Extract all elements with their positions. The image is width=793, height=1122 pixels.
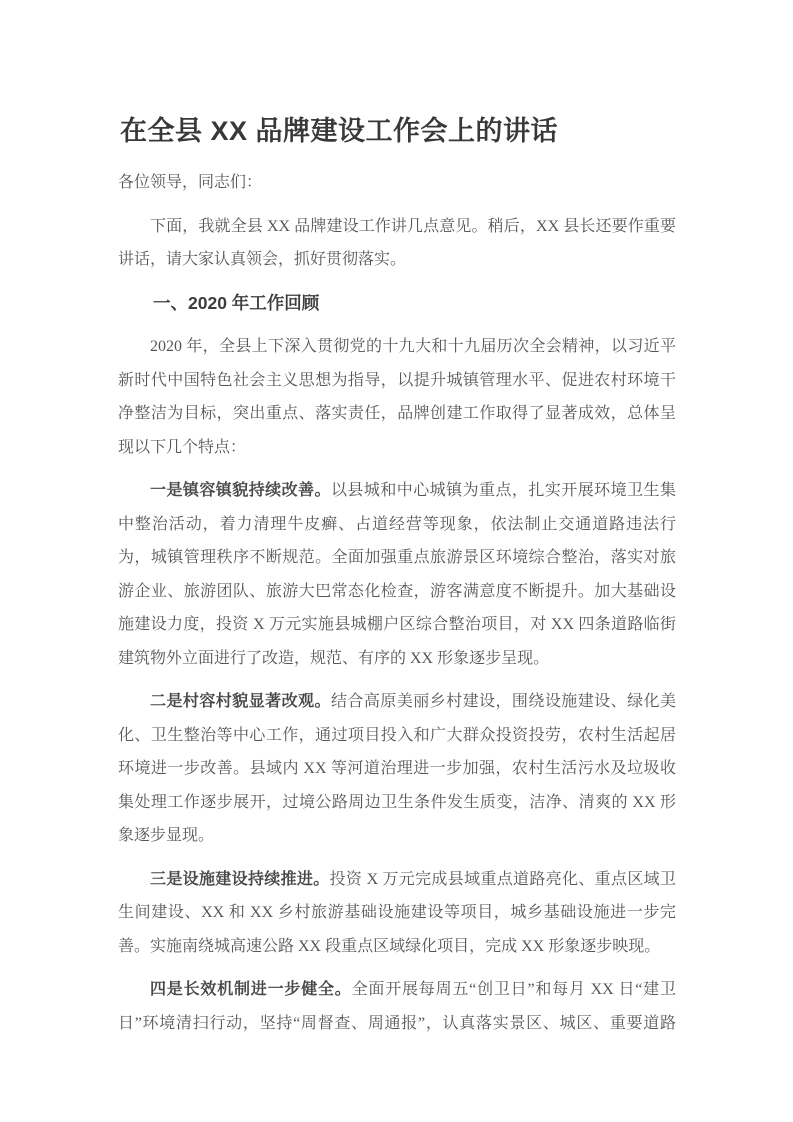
section-overview: 2020 年，全县上下深入贯彻党的十九大和十九届历次全会精神，以习近平新时代中国…: [118, 330, 676, 464]
document-title: 在全县 XX 品牌建设工作会上的讲话: [120, 110, 676, 152]
point-paragraph-3: 三是设施建设持续推进。投资 X 万元完成县域重点道路亮化、重点区域卫生间建设、X…: [118, 863, 676, 964]
point-paragraph-1: 一是镇容镇貌持续改善。以县城和中心城镇为重点，扎实开展环境卫生集中整治活动，着力…: [118, 474, 676, 675]
section-heading: 一、2020 年工作回顾: [118, 287, 676, 321]
point-1-text: 以县城和中心城镇为重点，扎实开展环境卫生集中整治活动，着力清理牛皮癣、占道经营等…: [118, 482, 676, 667]
point-paragraph-4: 四是长效机制进一步健全。全面开展每周五“创卫日”和每月 XX 日“建卫日”环境清…: [118, 973, 676, 1040]
point-3-lead: 三是设施建设持续推进。: [150, 871, 330, 888]
point-2-lead: 二是村容村貌显著改观。: [150, 693, 331, 710]
intro-paragraph: 下面，我就全县 XX 品牌建设工作讲几点意见。稍后，XX 县长还要作重要讲话，请…: [118, 210, 676, 277]
point-4-lead: 四是长效机制进一步健全。: [150, 981, 352, 998]
point-2-text: 结合高原美丽乡村建设，围绕设施建设、绿化美化、卫生整治等中心工作，通过项目投入和…: [118, 693, 676, 844]
salutation: 各位领导，同志们：: [118, 166, 676, 200]
document-page: 在全县 XX 品牌建设工作会上的讲话 各位领导，同志们： 下面，我就全县 XX …: [0, 0, 793, 1122]
point-paragraph-2: 二是村容村貌显著改观。结合高原美丽乡村建设，围绕设施建设、绿化美化、卫生整治等中…: [118, 685, 676, 853]
point-1-lead: 一是镇容镇貌持续改善。: [150, 482, 331, 499]
